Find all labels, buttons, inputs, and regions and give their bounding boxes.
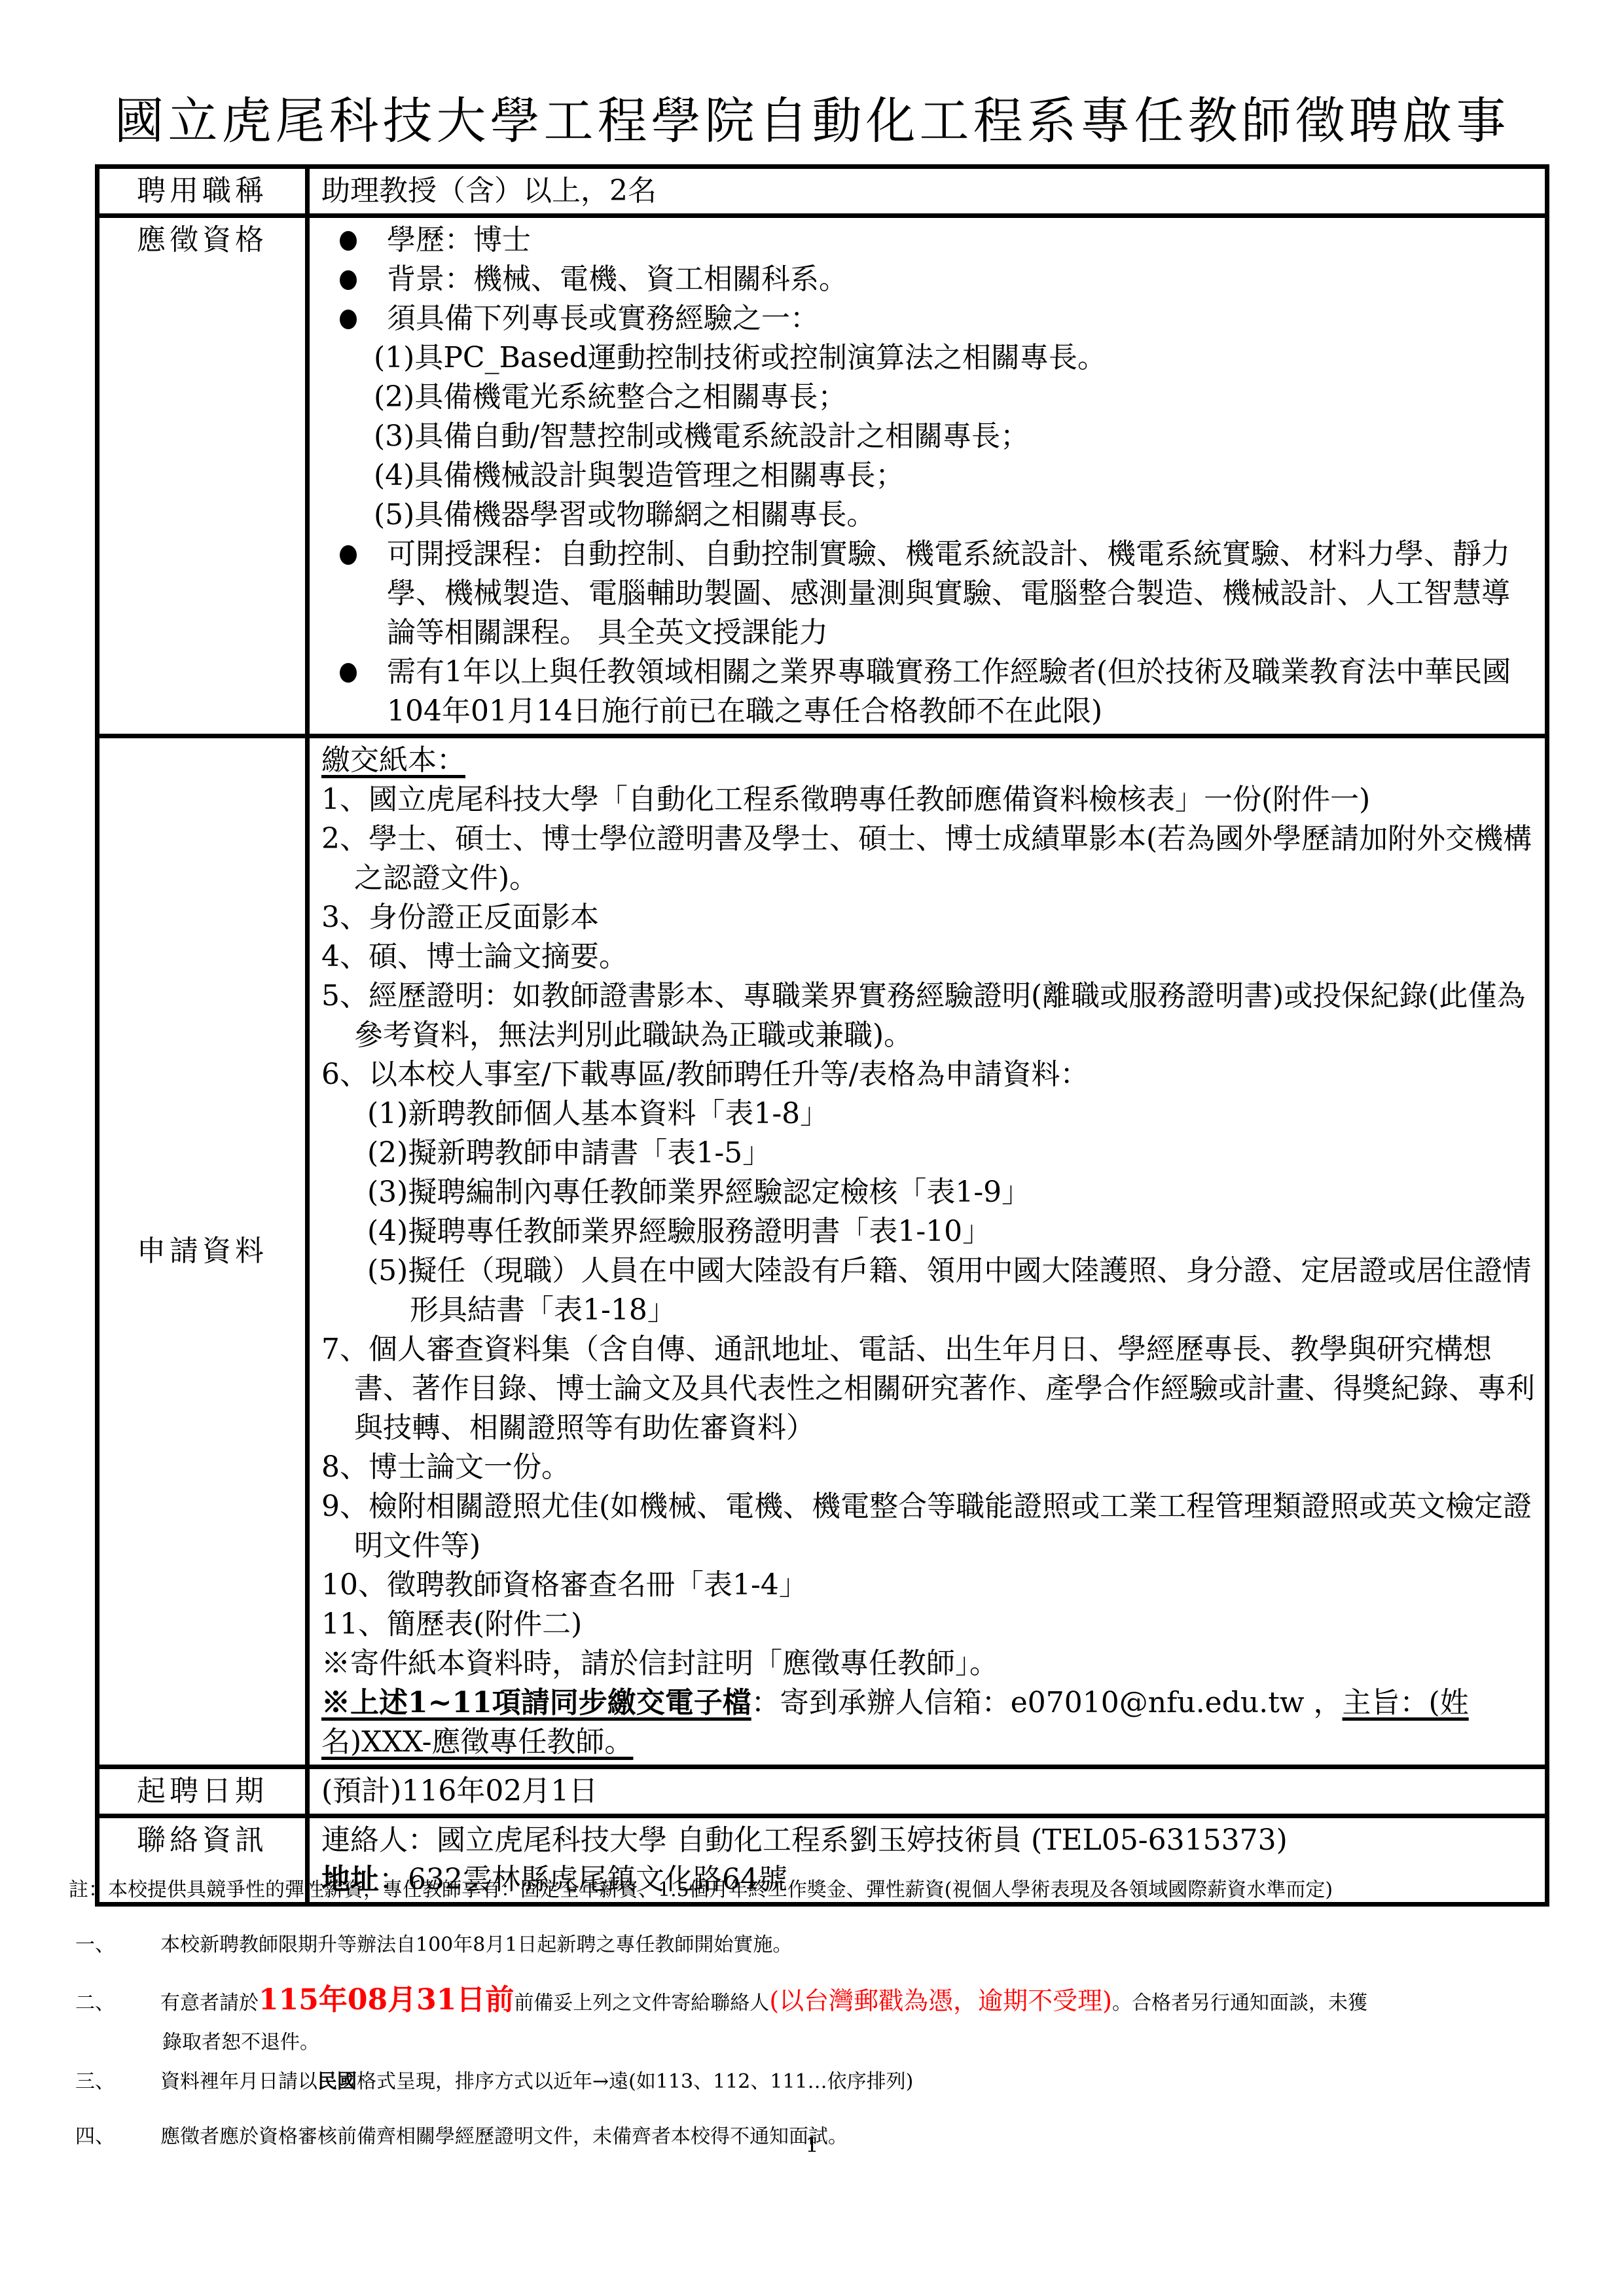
note-item-deadline: 二、有意者請於115年08月31日前前備妥上列之文件寄給聯絡人(以台灣郵戳為憑，… — [75, 1987, 1568, 2056]
bullet-icon — [340, 663, 357, 683]
bullet-icon — [340, 545, 357, 565]
application-item: 3、身份證正反面影本 — [321, 898, 1536, 937]
row-start-date: 起聘日期 (預計)116年02月1日 — [98, 1767, 1547, 1816]
application-item: 10、徵聘教師資格審查名冊「表1-4」 — [321, 1566, 1536, 1605]
row-position: 聘用職稱 助理教授（含）以上，2名 — [98, 167, 1547, 216]
form-item: (3)擬聘編制內專任教師業界經驗認定檢核「表1-9」 — [321, 1173, 1536, 1212]
bullet-icon — [340, 270, 357, 290]
email-note: ※上述1~11項請同步繳交電子檔：寄到承辦人信箱：e07010@nfu.edu.… — [321, 1683, 1536, 1762]
value-start-date: (預計)116年02月1日 — [308, 1767, 1547, 1816]
row-qualifications: 應徵資格 學歷：博士 背景：機械、電機、資工相關科系。 須具備下列專長或實務經驗… — [98, 216, 1547, 736]
recruitment-table: 聘用職稱 助理教授（含）以上，2名 應徵資格 學歷：博士 背景：機械、電機、資工… — [95, 164, 1549, 1907]
application-item: 5、經歷證明：如教師證書影本、專職業界實務經驗證明(離職或服務證明書)或投保紀錄… — [321, 977, 1536, 1055]
label-application: 申請資料 — [98, 736, 308, 1767]
value-application: 繳交紙本： 1、國立虎尾科技大學「自動化工程系徵聘專任教師應備資料檢核表」一份(… — [308, 736, 1547, 1767]
bullet-icon — [340, 310, 357, 329]
qualification-item: 學歷：博士 — [321, 221, 1536, 260]
qualification-item: 背景：機械、電機、資工相關科系。 — [321, 260, 1536, 299]
submission-heading: 繳交紙本： — [321, 741, 1536, 780]
value-qualifications: 學歷：博士 背景：機械、電機、資工相關科系。 須具備下列專長或實務經驗之一： (… — [308, 216, 1547, 736]
label-qualifications: 應徵資格 — [98, 216, 308, 736]
mail-note: ※寄件紙本資料時，請於信封註明「應徵專任教師」。 — [321, 1644, 1536, 1683]
expertise-item: (4)具備機械設計與製造管理之相關專長； — [321, 456, 1536, 495]
application-item: 1、國立虎尾科技大學「自動化工程系徵聘專任教師應備資料檢核表」一份(附件一) — [321, 780, 1536, 819]
deadline-date: 115年08月31日前 — [259, 1983, 514, 2017]
value-position: 助理教授（含）以上，2名 — [308, 167, 1547, 216]
application-item: 6、以本校人事室/下載專區/教師聘任升等/表格為申請資料： — [321, 1055, 1536, 1094]
form-item: (4)擬聘專任教師業界經驗服務證明書「表1-10」 — [321, 1212, 1536, 1251]
application-item: 9、檢附相關證照尤佳(如機械、電機、機電整合等職能證照或工業工程管理類證照或英文… — [321, 1487, 1536, 1566]
label-start-date: 起聘日期 — [98, 1767, 308, 1816]
bullet-icon — [340, 231, 357, 251]
postmark-warning: (以台灣郵戳為憑，逾期不受理) — [769, 1986, 1112, 2015]
form-item: (1)新聘教師個人基本資料「表1-8」 — [321, 1094, 1536, 1134]
application-item: 4、碩、博士論文摘要。 — [321, 937, 1536, 977]
note-item: 一、本校新聘教師限期升等辦法自100年8月1日起新聘之專任教師開始實施。 — [75, 1932, 1568, 1958]
page-title: 國立虎尾科技大學工程學院自動化工程系專任教師徵聘啟事 — [0, 88, 1624, 154]
application-item: 11、簡歷表(附件二) — [321, 1605, 1536, 1644]
qualification-item: 須具備下列專長或實務經驗之一： — [321, 299, 1536, 338]
email-note-address[interactable]: ：寄到承辦人信箱：e07010@nfu.edu.tw ， — [751, 1686, 1343, 1719]
form-item: (5)擬任（現職）人員在中國大陸設有戶籍、領用中國大陸護照、身分證、定居證或居住… — [321, 1251, 1536, 1330]
expertise-item: (3)具備自動/智慧控制或機電系統設計之相關專長； — [321, 417, 1536, 456]
salary-note: 註：本校提供具競爭性的彈性薪資，專任教師享有：固定全年薪資、1.5個月年終工作獎… — [69, 1877, 1568, 1903]
label-position: 聘用職稱 — [98, 167, 308, 216]
qualification-item: 可開授課程：自動控制、自動控制實驗、機電系統設計、機電系統實驗、材料力學、靜力學… — [321, 535, 1536, 653]
application-item: 7、個人審查資料集（含自傳、通訊地址、電話、出生年月日、學經歷專長、教學與研究構… — [321, 1330, 1536, 1448]
note-item: 三、資料裡年月日請以民國格式呈現，排序方式以近年→遠(如113、112、111…… — [75, 2069, 1568, 2095]
expertise-item: (5)具備機器學習或物聯網之相關專長。 — [321, 495, 1536, 535]
expertise-item: (1)具PC_Based運動控制技術或控制演算法之相關專長。 — [321, 338, 1536, 378]
qualification-item: 需有1年以上與任教領域相關之業界專職實務工作經驗者(但於技術及職業教育法中華民國… — [321, 653, 1536, 731]
contact-person: 連絡人：國立虎尾科技大學 自動化工程系劉玉婷技術員 (TEL05-6315373… — [321, 1821, 1536, 1860]
page-number: 1 — [0, 2132, 1624, 2157]
email-note-bold: ※上述1~11項請同步繳交電子檔 — [321, 1686, 751, 1719]
application-item: 8、博士論文一份。 — [321, 1448, 1536, 1487]
expertise-item: (2)具備機電光系統整合之相關專長； — [321, 378, 1536, 417]
form-item: (2)擬新聘教師申請書「表1-5」 — [321, 1134, 1536, 1173]
row-application: 申請資料 繳交紙本： 1、國立虎尾科技大學「自動化工程系徵聘專任教師應備資料檢核… — [98, 736, 1547, 1767]
application-item: 2、學士、碩士、博士學位證明書及學士、碩士、博士成績單影本(若為國外學歷請加附外… — [321, 819, 1536, 898]
